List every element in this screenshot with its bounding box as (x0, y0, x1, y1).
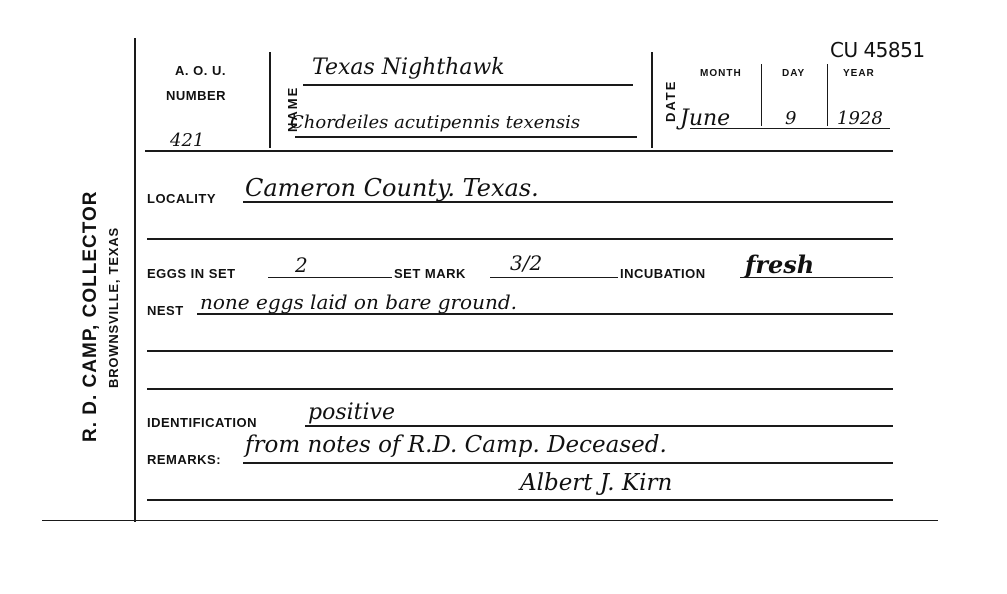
card-bottom-rule (42, 520, 938, 521)
eggs-in-set-line (268, 277, 392, 278)
aou-label-line2: NUMBER (166, 88, 226, 103)
set-mark-line (490, 277, 618, 278)
collector-location: BROWNSVILLE, TEXAS (106, 227, 121, 388)
nest-value: none eggs laid on bare ground. (200, 290, 517, 314)
month-day-divider (761, 64, 762, 126)
date-value-line (690, 128, 890, 129)
common-name-value: Texas Nighthawk (312, 55, 505, 80)
identification-value: positive (308, 400, 395, 425)
nest-line (197, 313, 893, 315)
locality-value: Cameron County. Texas. (245, 174, 539, 202)
catalog-number: CU 45851 (830, 38, 925, 62)
set-mark-label: SET MARK (394, 266, 466, 281)
nest-line-3 (147, 388, 893, 390)
day-year-divider (827, 64, 828, 126)
remarks-value: from notes of R.D. Camp. Deceased. (245, 432, 667, 458)
common-name-line (303, 84, 633, 86)
aou-number-value: 421 (170, 130, 204, 151)
nest-label: NEST (147, 303, 184, 318)
locality-line-2 (147, 238, 893, 240)
incubation-label: INCUBATION (620, 266, 706, 281)
locality-label: LOCALITY (147, 191, 216, 206)
signature: Albert J. Kirn (520, 470, 672, 496)
day-label: DAY (782, 68, 805, 79)
month-label: MONTH (700, 68, 742, 79)
incubation-line (740, 277, 893, 278)
left-column-divider (134, 38, 136, 522)
set-mark-value: 3/2 (510, 251, 542, 275)
eggs-in-set-label: EGGS IN SET (147, 266, 236, 281)
remarks-line-2 (147, 499, 893, 501)
eggs-in-set-value: 2 (295, 253, 308, 277)
locality-line (243, 201, 893, 203)
remarks-label: REMARKS: (147, 452, 221, 467)
header-bottom-rule (145, 150, 893, 152)
scientific-name-line (295, 136, 637, 138)
year-label: YEAR (843, 68, 875, 79)
nest-line-2 (147, 350, 893, 352)
identification-label: IDENTIFICATION (147, 415, 257, 430)
remarks-line (243, 462, 893, 464)
date-label: DATE (663, 80, 678, 122)
year-value: 1928 (837, 108, 883, 129)
day-value: 9 (785, 108, 796, 129)
scientific-name-value: Chordeiles acutipennis texensis (290, 112, 580, 133)
aou-name-divider (269, 52, 271, 148)
name-date-divider (651, 52, 653, 148)
identification-line (305, 425, 893, 427)
aou-label-line1: A. O. U. (175, 63, 226, 78)
collector-name: R. D. CAMP, COLLECTOR (80, 191, 102, 442)
incubation-value: fresh (745, 250, 814, 279)
